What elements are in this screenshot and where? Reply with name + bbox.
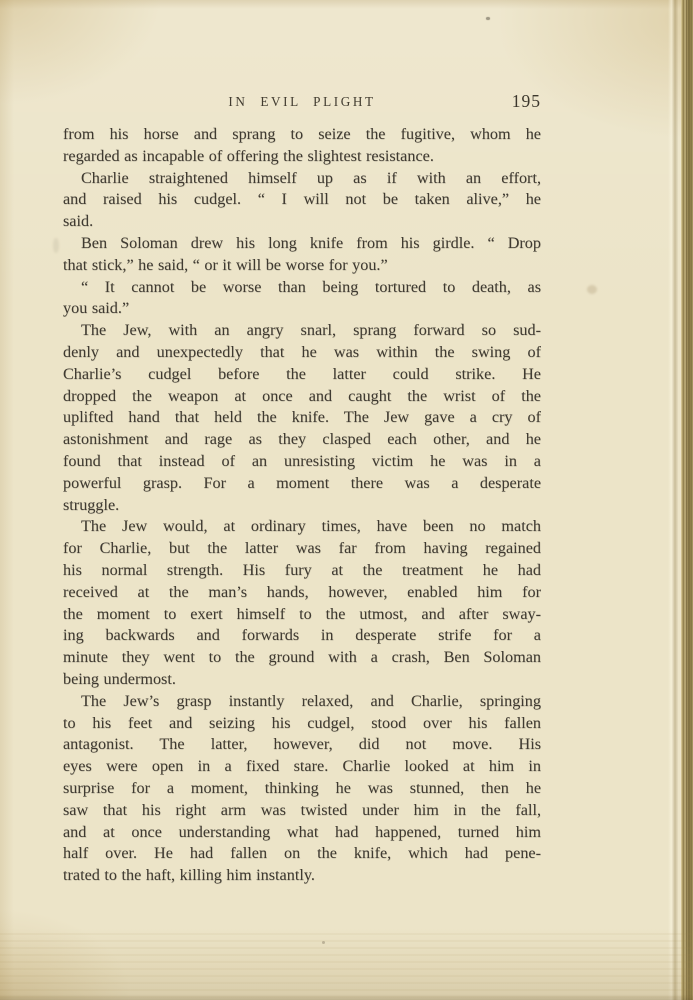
text-line: for Charlie, but the latter was far from… [63,538,541,560]
chapter-header-title: IN EVIL PLIGHT [63,91,541,110]
stain-speck [486,17,490,20]
text-line: The Jew, with an angry snarl, sprang for… [63,320,541,342]
running-header: IN EVIL PLIGHT 195 [63,91,541,113]
text-line: from his horse and sprang to seize the f… [63,124,541,146]
text-line: The Jew would, at ordinary times, have b… [63,516,541,538]
text-line: Charlie’s cudgel before the latter could… [63,364,541,386]
text-line: Charlie straightened himself up as if wi… [63,168,541,190]
text-line: half over. He had fallen on the knife, w… [63,843,541,865]
book-fore-edge [681,0,693,1000]
text-line: regarded as incapable of offering the sl… [63,146,541,168]
page-crease [668,0,678,1000]
text-line: said. [63,211,541,233]
text-line: antagonist. The latter, however, did not… [63,734,541,756]
text-line: minute they went to the ground with a cr… [63,647,541,669]
text-line: surprise for a moment, thinking he was s… [63,778,541,800]
text-line: being undermost. [63,669,541,691]
body-text: from his horse and sprang to seize the f… [63,124,541,887]
text-line: ing backwards and forwards in desperate … [63,625,541,647]
text-line: Ben Soloman drew his long knife from his… [63,233,541,255]
text-line: powerful grasp. For a moment there was a… [63,473,541,495]
text-line: saw that his right arm was twisted under… [63,800,541,822]
text-line: trated to the haft, killing him instantl… [63,865,541,887]
page-number: 195 [512,91,541,112]
text-line: dropped the weapon at once and caught th… [63,386,541,408]
text-line: astonishment and rage as they clasped ea… [63,429,541,451]
stain-speck [587,285,597,294]
text-line: the moment to exert himself to the utmos… [63,604,541,626]
stain-speck [322,941,325,944]
text-line: that stick,” he said, “ or it will be wo… [63,255,541,277]
text-line: The Jew’s grasp instantly relaxed, and C… [63,691,541,713]
text-line: struggle. [63,495,541,517]
page-bottom-shading [0,928,693,1000]
text-line: denly and unexpectedly that he was withi… [63,342,541,364]
text-line: his normal strength. His fury at the tre… [63,560,541,582]
text-line: received at the man’s hands, however, en… [63,582,541,604]
stain-speck [53,238,59,253]
text-line: you said.” [63,298,541,320]
text-line: found that instead of an unresisting vic… [63,451,541,473]
text-line: to his feet and seizing his cudgel, stoo… [63,713,541,735]
text-line: “ It cannot be worse than being tortured… [63,277,541,299]
text-line: and raised his cudgel. “ I will not be t… [63,189,541,211]
text-line: and at once understanding what had happe… [63,822,541,844]
book-page: IN EVIL PLIGHT 195 from his horse and sp… [0,0,693,1000]
text-line: eyes were open in a fixed stare. Charlie… [63,756,541,778]
text-line: uplifted hand that held the knife. The J… [63,407,541,429]
